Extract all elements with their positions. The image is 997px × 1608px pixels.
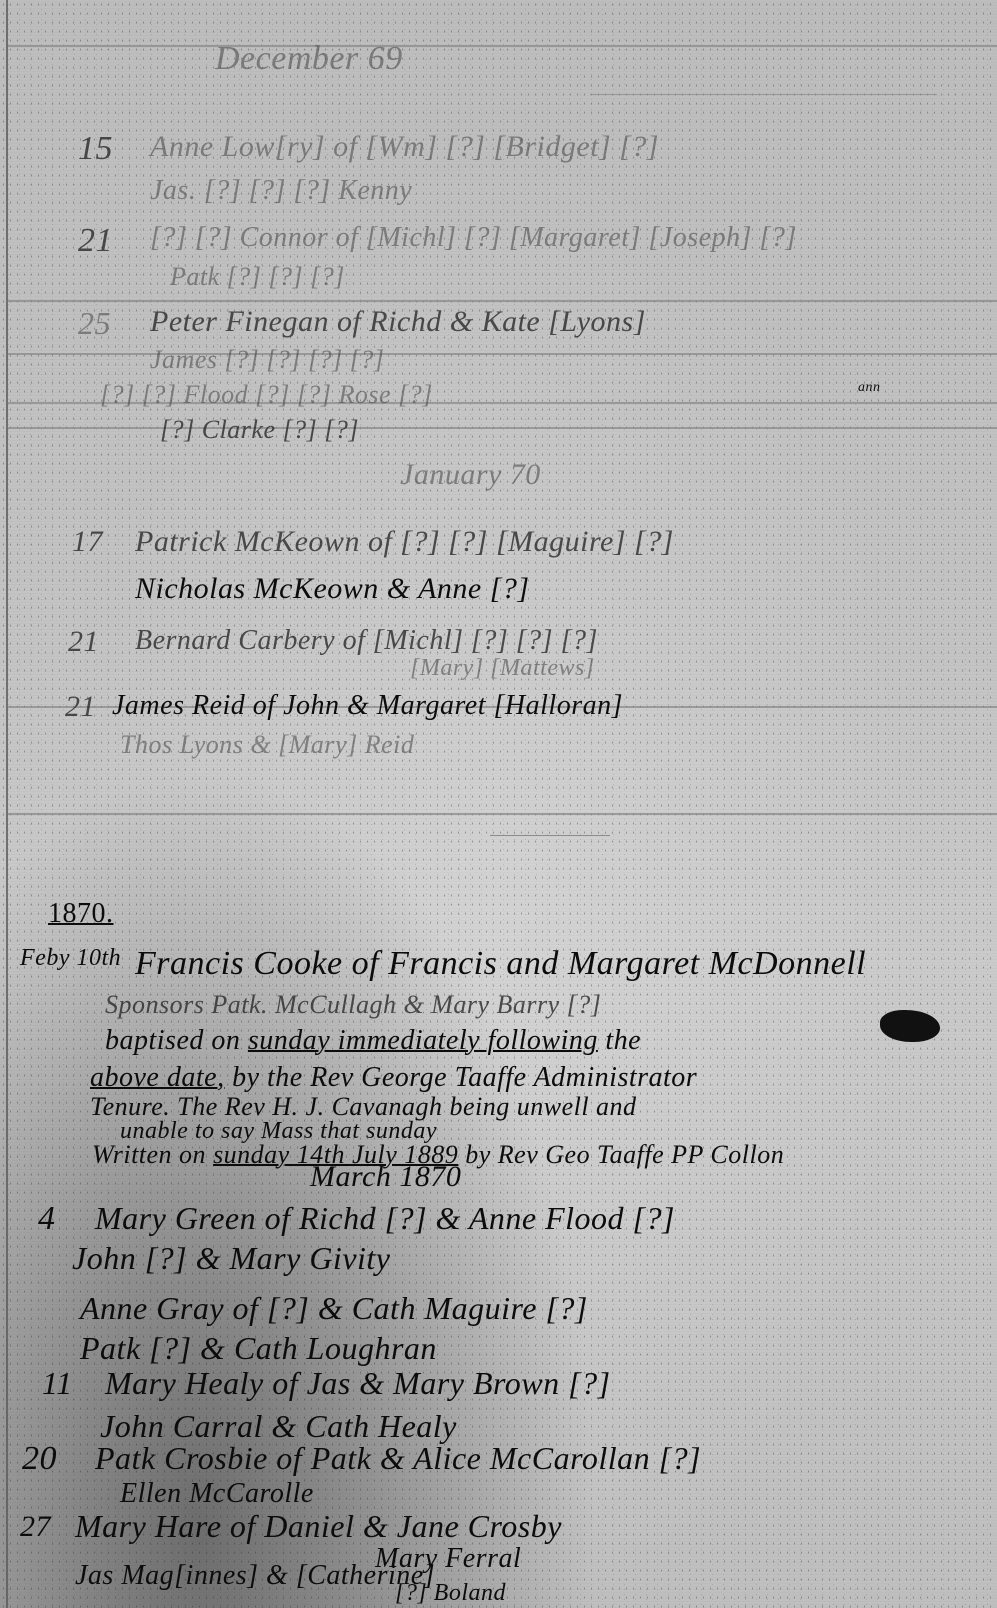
note-text: by the Rev George Taaffe Administrator <box>225 1062 698 1093</box>
entry-day: 4 <box>38 1200 56 1238</box>
entry-day: 17 <box>72 525 103 559</box>
entry-sponsors: [?] Clarke [?] [?] <box>160 415 359 445</box>
entry-date: Feby 10th <box>20 945 121 972</box>
entry-sponsors: James [?] [?] [?] [?] <box>150 345 384 375</box>
entry-sponsors: [Mary] [Mattews] <box>410 655 595 682</box>
ruled-line <box>8 300 997 302</box>
note-text: the <box>598 1025 641 1056</box>
entry-child-parents: Peter Finegan of Richd & Kate [Lyons] <box>150 305 646 339</box>
note-underlined-text: above date, <box>90 1062 225 1093</box>
entry-sponsors: Sponsors Patk. McCullagh & Mary Barry [?… <box>105 990 601 1020</box>
entry-sponsors: Thos Lyons & [Mary] Reid <box>120 730 414 760</box>
entry-child-parents: Jas Mag[innes] & [Catherine] <box>75 1560 435 1592</box>
entry-sponsors: Patk [?] [?] [?] <box>170 262 345 292</box>
entry-sponsors: John [?] & Mary Givity <box>72 1240 391 1277</box>
entry-child-parents: Bernard Carbery of [Michl] [?] [?] [?] <box>135 625 598 657</box>
entry-day: 21 <box>78 222 113 260</box>
entry-sponsors: [?] Boland <box>395 1580 506 1607</box>
entry-child-parents: Patrick McKeown of [?] [?] [Maguire] [?] <box>135 525 674 559</box>
ruled-line <box>8 45 997 47</box>
entry-sponsors: Patk [?] & Cath Loughran <box>80 1330 437 1367</box>
ruled-line <box>8 813 997 815</box>
ruled-line <box>590 94 937 95</box>
month-heading-march: March 1870 <box>310 1160 461 1194</box>
baptism-note-line: above date, by the Rev George Taaffe Adm… <box>90 1062 697 1094</box>
entry-day: 27 <box>20 1510 51 1544</box>
entry-child-parents: Francis Cooke of Francis and Margaret Mc… <box>135 945 866 983</box>
entry-day: 15 <box>78 130 113 168</box>
note-underlined-text: sunday immediately following <box>248 1025 598 1056</box>
margin-note: ann <box>858 380 881 396</box>
entry-day: 21 <box>65 690 96 724</box>
register-page: December 69 15 Anne Low[ry] of [Wm] [?] … <box>0 0 997 1608</box>
entry-child-parents: Patk Crosbie of Patk & Alice McCarollan … <box>95 1440 701 1477</box>
entry-child-parents: Mary Healy of Jas & Mary Brown [?] <box>105 1365 611 1402</box>
entry-child-parents: Mary Hare of Daniel & Jane Crosby <box>75 1508 562 1545</box>
entry-child-parents: James Reid of John & Margaret [Halloran] <box>112 690 623 722</box>
baptism-note-line: baptised on sunday immediately following… <box>105 1025 641 1057</box>
entry-child-parents: Mary Green of Richd [?] & Anne Flood [?] <box>95 1200 675 1237</box>
note-text: Written on <box>92 1140 213 1169</box>
entry-sponsors: [?] [?] Flood [?] [?] Rose [?] <box>100 380 433 410</box>
month-heading-december: December 69 <box>215 40 403 78</box>
entry-day: 20 <box>22 1440 57 1478</box>
entry-sponsors: Jas. [?] [?] [?] Kenny <box>150 175 412 207</box>
entry-child-parents: [?] [?] Connor of [Michl] [?] [Margaret]… <box>150 222 797 254</box>
note-text: baptised on <box>105 1025 248 1056</box>
ruled-line <box>8 427 997 429</box>
entry-day: 11 <box>42 1365 73 1402</box>
month-heading-january: January 70 <box>400 458 541 492</box>
year-heading: 1870. <box>48 898 114 930</box>
entry-child-parents: Anne Gray of [?] & Cath Maguire [?] <box>80 1290 588 1327</box>
ruled-line <box>490 835 610 836</box>
entry-child-parents: Anne Low[ry] of [Wm] [?] [Bridget] [?] <box>150 130 659 164</box>
entry-day: 25 <box>78 305 111 342</box>
entry-sponsors: Nicholas McKeown & Anne [?] <box>135 572 530 606</box>
left-margin-rule <box>6 0 8 1608</box>
entry-sponsors: Ellen McCarolle <box>120 1478 314 1510</box>
ink-blot <box>880 1010 940 1042</box>
note-text: by Rev Geo Taaffe PP Collon <box>458 1140 784 1169</box>
entry-day: 21 <box>68 625 99 659</box>
